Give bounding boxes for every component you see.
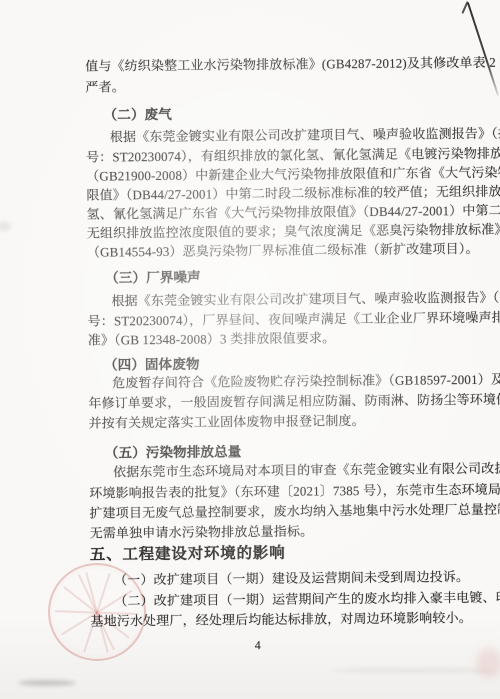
doc-line: 氢、氰化氢满足广东省《大气污染物排放限值》（DB44/27-2001）中第二时段… (87, 202, 500, 221)
doc-line: 限值》（DB44/27-2001）中第二时段二级标准标准的较严值；无组织排放的氯… (86, 183, 500, 202)
doc-line: 号：ST20230074），厂界昼间、夜间噪声满足《工业企业厂界环境噪声排放标 (88, 309, 500, 328)
doc-line: 根据《东莞金镀实业有限公司改扩建项目气、噪声验收监测报告》（报告编 (110, 125, 500, 144)
doc-line: （二）改扩建项目（一期）运营期间产生的废水均排入豪丰电镀、印染专业 (114, 589, 500, 608)
scanned-document-page: 值与《纺织染整工业水污染物排放标准》(GB4287-2012)及其修改单表 2 … (0, 0, 500, 699)
section-title: 五、工程建设对环境的影响 (90, 546, 286, 563)
sub-heading: （三）厂界噪声 (105, 270, 201, 286)
doc-line: 值与《纺织染整工业水污染物排放标准》(GB4287-2012)及其修改单表 2 … (85, 54, 500, 73)
doc-line: （GB14554-93）恶臭污染物厂界标准值二级标准（新扩改建项目）。 (87, 241, 479, 260)
doc-line: 危废暂存间符合《危险废物贮存污染控制标准》（GB18597-2001）及其 20… (112, 371, 500, 390)
doc-line: 环境影响报告表的批复》（东环建〔2021〕7385 号），东莞市生态环境局对改 (89, 481, 500, 500)
doc-line: 准》（GB 12348-2008）3 类排放限值要求。 (88, 330, 336, 347)
document-lines: 值与《纺织染整工业水污染物排放标准》(GB4287-2012)及其修改单表 2 … (0, 0, 497, 3)
doc-line: 号：ST20230074），有组织排放的氯化氢、氰化氢满足《电镀污染物排放标准》 (86, 145, 500, 164)
doc-line: 无组织排放监控浓度限值的要求；臭气浓度满足《恶臭污染物排放标准》 (87, 222, 500, 241)
doc-line: 严者。 (85, 79, 125, 94)
sub-heading: （二）废气 (104, 107, 172, 123)
doc-line: 无需单独申请水污染物排放总量指标。 (90, 523, 314, 540)
doc-line: （GB21900-2008）中新建企业大气污染物排放限值和广东省《大气污染物排放 (86, 164, 500, 183)
sub-heading: （四）固体废物 (104, 357, 200, 373)
doc-line: 并按有关规定落实工业固体废物申报登记制度。 (89, 413, 365, 431)
page-number: 4 (255, 638, 261, 653)
sub-heading: （五）污染物排放总量 (105, 444, 242, 460)
red-seal-stamp (48, 563, 146, 661)
doc-line: 根据《东莞金镀实业有限公司改扩建项目气、噪声验收监测报告》（报告编 (111, 289, 500, 308)
doc-line: 年修订单要求，一般固废暂存间满足相应防漏、防雨淋、防扬尘等环境保护要求， (88, 391, 500, 411)
doc-line: 依据东莞市生态环境局对本项目的审查《东莞金镀实业有限公司改扩建项目 (113, 460, 500, 479)
doc-line: 基地污水处理厂，经处理后均能达标排放，对周边环境影响较小。 (90, 610, 471, 629)
doc-line: （一）改扩建项目（一期）建设及运营期间未受到周边投诉。 (114, 569, 469, 587)
doc-line: 扩建项目无废气总量控制要求，废水均纳入基地集中污水处理厂总量控制指标， (89, 501, 500, 520)
